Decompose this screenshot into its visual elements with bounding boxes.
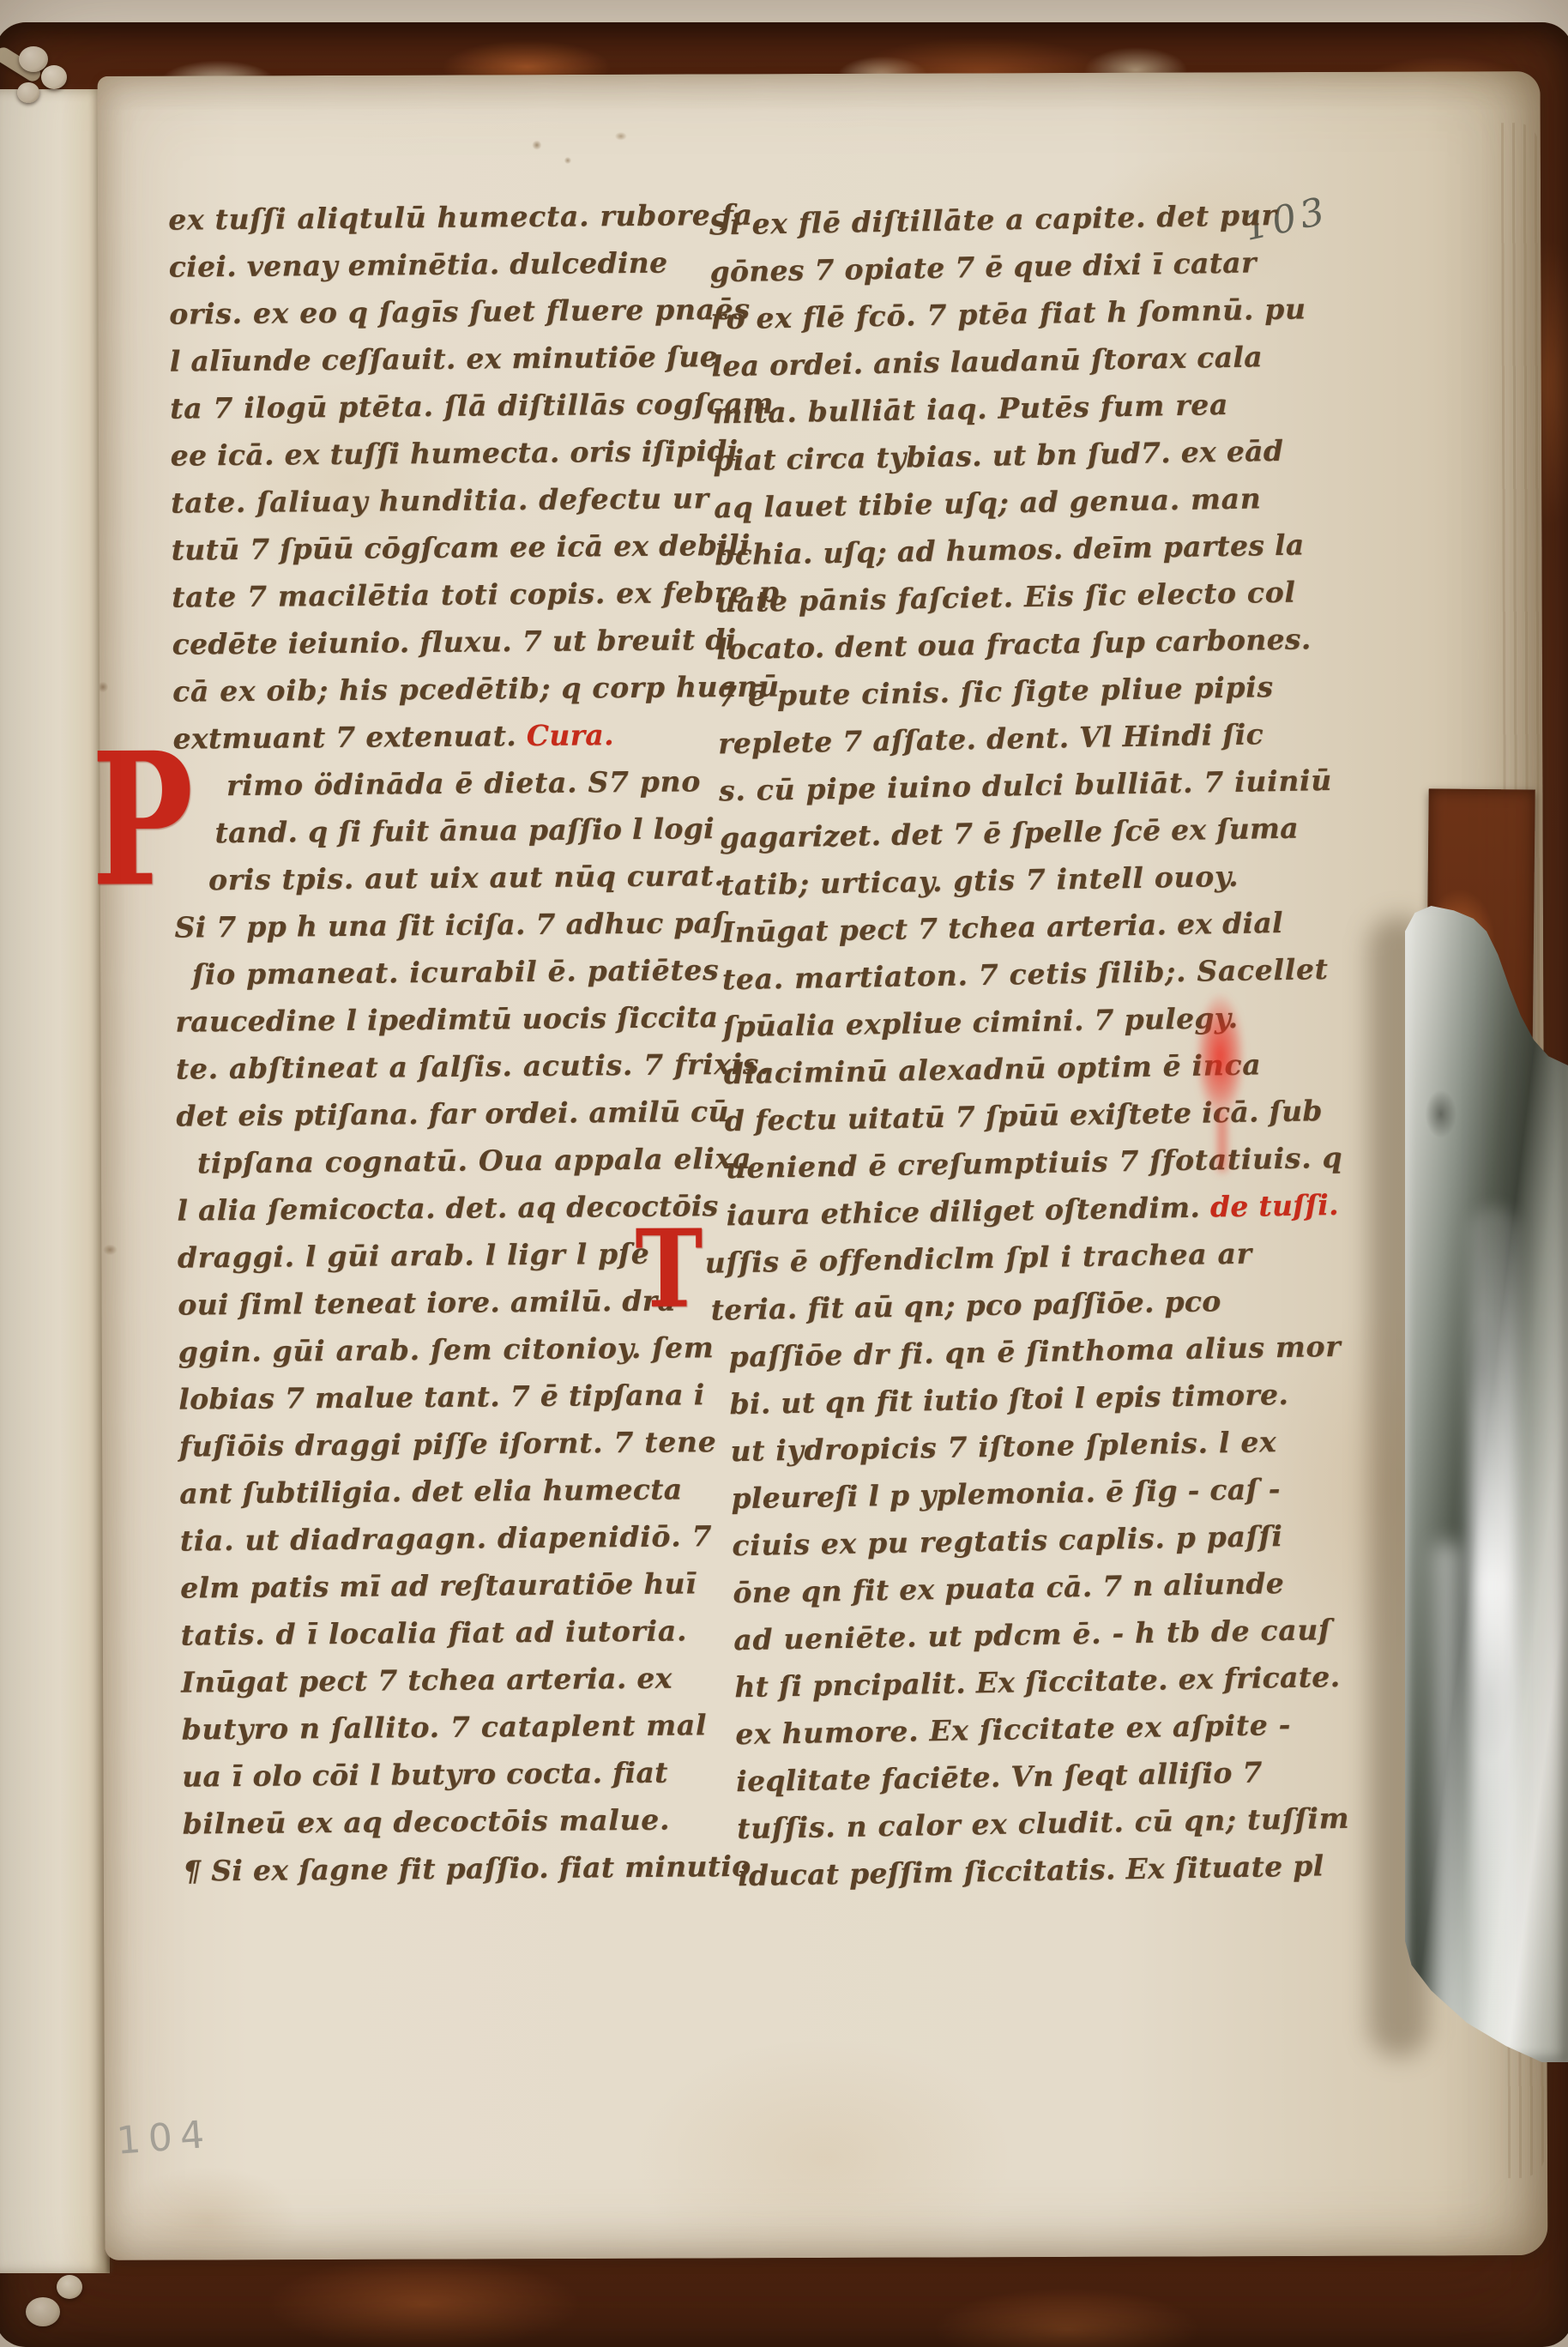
body-text: tand. q ſi fuit ānua paſſio l logi [214, 811, 715, 849]
manuscript-photo: 103 ex tuſſi aliqtulū humecta. rubore fa… [0, 0, 1568, 2347]
body-text: iaura ethice diliget oſtendim. [726, 1190, 1210, 1232]
body-text: Si ex flē diſtillāte a capite. det pur [709, 198, 1277, 242]
body-text: uate pānis faſciet. Eis ſic electo col [715, 576, 1296, 619]
body-text: ¶ Si ex ſagne fit paſſio. fiat minutio [183, 1849, 751, 1888]
body-text: ua ī olo cōi l butyro cocta. fiat [182, 1756, 668, 1794]
manuscript-text-line: tia. ut diadragagn. diapenidiō. 7 [179, 1511, 787, 1564]
manuscript-text-line: oris tpis. aut uix aut nūq curat. [208, 851, 782, 903]
body-text: ut iydropicis 7 iſtone ſplenis. l ex [730, 1425, 1277, 1468]
body-text: bchia. uſq; ad humos. deīm partes la [715, 528, 1305, 571]
body-text: l alīunde ceſſauit. ex minutiōe ſue [170, 340, 719, 378]
manuscript-text-line: tutū 7 ſpūū cōgſcam ee icā ex debili [171, 521, 779, 573]
manuscript-text-line: fuſiōis draggi piſſe iſornt. 7 tene [179, 1417, 787, 1469]
manuscript-text-line: tate 7 macilētia toti copis. ex febre p [172, 568, 780, 620]
body-text: Inūgat pect 7 tchea arteria. ex dial [721, 906, 1284, 949]
body-text: ex humore. Ex ſiccitate ex aſpite - [735, 1708, 1291, 1751]
body-text: ant ſubtiligia. det elia humecta [179, 1472, 682, 1510]
manuscript-text-line: oris. ex eo q ſagīs ſuet fluere pnaēs [169, 285, 777, 337]
body-text: te. abſtineat a ſalſis. acutis. 7 frixis… [176, 1047, 770, 1086]
body-text: Inūgat pect 7 tchea arteria. ex [181, 1662, 672, 1699]
left-text-column: ex tuſſi aliqtulū humecta. rubore faciei… [168, 190, 791, 1894]
manuscript-text-line: iducat peſſim ſiccitatis. Ex ſituate pl [738, 1842, 1355, 1900]
body-text: bi. ut qn fit iutio ſtoi l epis timore. [729, 1378, 1288, 1421]
rubricated-initial-T: T [635, 1215, 703, 1322]
body-text: ueniend ē creſumptiuis 7 ſfotatiuis. q [725, 1141, 1342, 1186]
manuscript-text-line: cā ex oib; his pcedētib; q corp huanū [172, 662, 781, 715]
manuscript-text-line: ex tuſſi aliqtulū humecta. rubore fa [168, 190, 776, 243]
clasp-glint [1470, 1206, 1518, 2047]
body-text: mita. bulliāt iaq. Putēs fum rea [712, 388, 1228, 430]
body-text: ggin. gūi arab. ſem citonioy. ſem [178, 1330, 715, 1368]
body-text: pleureſi l p yplemonia. ē ſig - caſ - [731, 1472, 1281, 1515]
body-text: gōnes 7 opiate 7 ē que dixi ī catar [709, 245, 1257, 288]
body-text: tatis. d ī localia fiat ad iutoria. [181, 1614, 688, 1651]
body-text: Si 7 pp h una ſit iciſa. 7 adhuc paſ [174, 906, 725, 944]
body-text: 7 ē pute cinis. ſic ſigte pliue pipis [717, 670, 1274, 713]
body-text: elm patis mī ad reſtauratiōe huī [180, 1566, 697, 1604]
body-text: ee icā. ex tuſſi humecta. oris iſipidi [171, 434, 739, 473]
body-text: ſio pmaneat. icurabil ē. patiētes [192, 953, 720, 991]
manuscript-text-line: tand. q ſi fuit ānua paſſio l logi [214, 804, 781, 856]
manuscript-text-line: te. abſtineat a ſalſis. acutis. 7 frixis… [176, 1040, 784, 1092]
body-text: tate 7 macilētia toti copis. ex febre p [172, 575, 780, 613]
body-text: piat circa tybias. ut bn ſud7. ex eād [713, 434, 1283, 478]
manuscript-text-line: ta 7 ilogū ptēta. ſlā diſtillās cogſcam [170, 379, 778, 431]
endband-bead [41, 65, 67, 89]
rubric-text: Cura. [527, 718, 614, 752]
body-text: ōne qn fit ex puata cā. 7 n aliunde [733, 1566, 1284, 1609]
rubric-text: de tuſſi. [1210, 1188, 1340, 1224]
body-text: ciuis ex pu regtatis caplis. p paſſi [732, 1519, 1283, 1562]
body-text: ta 7 ilogū ptēta. ſlā diſtillās cogſcam [170, 387, 774, 425]
body-text: paſſiōe dr fi. qn ē ſinthoma alius mor [728, 1330, 1341, 1373]
manuscript-text-line: elm patis mī ad reſtauratiōe huī [180, 1559, 788, 1611]
body-text: lea ordei. anis laudanū ſtorax cala [711, 340, 1263, 383]
body-text: locato. dent oua fracta ſup carbones. [716, 622, 1312, 666]
manuscript-text-line: lobias 7 malue tant. 7 ē tipſana i [178, 1370, 787, 1422]
body-text: ieqlitate faciēte. Vn ſeqt alliſio 7 [736, 1755, 1263, 1798]
manuscript-text-line: bilneū ex aq decoctōis malue. [182, 1795, 790, 1847]
clasp-glint [1434, 1542, 1460, 2056]
facing-page-fore-edge [0, 89, 110, 2273]
body-text: raucedine l ipedimtū uocis ſiccita [175, 1000, 718, 1039]
body-text: replete 7 aſſate. dent. Vl Hindi ſic [718, 717, 1263, 760]
body-text: uſſis ē offendiclm ſpl i trachea ar [704, 1237, 1252, 1280]
manuscript-text-line: tatis. d ī localia fiat ad iutoria. [180, 1606, 788, 1658]
body-text: tuſſis. n calor ex cludit. cū qn; tuſſim [737, 1801, 1350, 1845]
endband-bead [17, 82, 39, 103]
manuscript-text-line: det eis ptiſana. far ordei. amilū cū [176, 1087, 784, 1139]
body-text: diaciminū alexadnū optim ē inca [723, 1047, 1261, 1090]
endband-bead [19, 46, 48, 72]
body-text: gagarizet. det 7 ē ſpelle ſcē ex ſuma [720, 811, 1299, 855]
body-text: tutū 7 ſpūū cōgſcam ee icā ex debili [171, 528, 750, 567]
body-text: ro ex flē fcō. 7 ptēa fiat h ſomnū. pu [710, 292, 1306, 335]
body-text: tate. ſaliuay hunditia. defectu ur [171, 481, 709, 519]
body-text: s. cū pipe iuino dulci bulliāt. 7 iuiniū [719, 763, 1332, 807]
body-text: fuſiōis draggi piſſe iſornt. 7 tene [179, 1425, 717, 1463]
binding-rosette [26, 2297, 60, 2326]
body-text: teria. fit aū qn; pco paſſiōe. pco [710, 1284, 1221, 1326]
manuscript-text-line: ciei. venay eminētia. dulcedine [169, 238, 777, 290]
body-text: det eis ptiſana. far ordei. amilū cū [176, 1095, 729, 1133]
manuscript-text-line: rimo ödināda ē dieta. S7 pno [226, 757, 781, 809]
body-text: ſpūalia expliue cimini. 7 pulegy. [723, 1001, 1239, 1043]
body-text: butyro n ſallito. 7 cataplent mal [181, 1708, 707, 1746]
manuscript-text-line: tate. ſaliuay hunditia. defectu ur [171, 474, 779, 526]
body-text: ad ueniēte. ut pdcm ē. - h tb de cauſ [733, 1613, 1331, 1656]
body-text: oui ſiml teneat iore. amilū. dra [178, 1284, 676, 1322]
body-text: extmuant 7 extenuat. [172, 719, 527, 756]
body-text: iducat peſſim ſiccitatis. Ex ſituate pl [738, 1849, 1324, 1892]
manuscript-text-line: ee icā. ex tuſſi humecta. oris iſipidi [170, 426, 778, 479]
manuscript-text-line: butyro n ſallito. 7 cataplent mal [181, 1700, 789, 1753]
body-text: tea. martiaton. 7 cetis ſilib;. Sacellet [722, 952, 1329, 996]
manuscript-text-line: ſio pmaneat. icurabil ē. patiētes [192, 945, 783, 998]
body-text: oris. ex eo q ſagīs ſuet fluere pnaēs [169, 293, 751, 331]
manuscript-text-line: extmuant 7 extenuat. Cura. [172, 709, 781, 762]
body-text: bilneū ex aq decoctōis malue. [182, 1803, 670, 1841]
rubricated-initial-P: P [91, 730, 194, 914]
body-text: aq lauet tibie uſq; ad genua. man [714, 481, 1262, 524]
body-text: ciei. venay eminētia. dulcedine [169, 246, 668, 284]
body-text: tipſana cognatū. Oua appala elixa [197, 1142, 752, 1180]
body-text: ht ſi pncipalit. Ex ſiccitate. ex fricat… [734, 1660, 1341, 1704]
manuscript-text-line: raucedine l ipedimtū uocis ſiccita [175, 992, 783, 1045]
manuscript-text-line: ¶ Si ex ſagne fit paſſio. fiat minutio [183, 1842, 791, 1894]
right-text-column: Si ex flē diſtillāte a capite. det purgō… [709, 190, 1355, 1899]
body-text: ex tuſſi aliqtulū humecta. rubore fa [168, 198, 753, 237]
manuscript-text-line: Si 7 pp h una ſit iciſa. 7 adhuc paſ [174, 898, 782, 950]
manuscript-text-line: l alīunde ceſſauit. ex minutiōe ſue [169, 332, 777, 384]
body-text: rimo ödināda ē dieta. S7 pno [226, 764, 701, 802]
manuscript-text-line: tipſana cognatū. Oua appala elixa [197, 1134, 785, 1186]
metal-clasp-plate [1405, 906, 1568, 2062]
body-text: tatib; urticay. gtis 7 intell ouoy. [721, 860, 1239, 902]
pencil-foliation: 104 [115, 2113, 213, 2163]
body-text: cedēte ieiunio. fluxu. 7 ut breuit di [172, 623, 736, 661]
binding-rosette [57, 2275, 82, 2299]
body-text: tia. ut diadragagn. diapenidiō. 7 [180, 1519, 713, 1557]
body-text: draggi. l gūi arab. l ligr l pſe l [178, 1237, 672, 1275]
manuscript-text-line: cedēte ieiunio. fluxu. 7 ut breuit di [172, 615, 780, 667]
manuscript-page: 103 ex tuſſi aliqtulū humecta. rubore fa… [98, 71, 1548, 2260]
manuscript-text-line: Inūgat pect 7 tchea arteria. ex [181, 1653, 789, 1705]
body-text: oris tpis. aut uix aut nūq curat. [208, 859, 725, 896]
body-text: lobias 7 malue tant. 7 ē tipſana i [178, 1378, 705, 1415]
manuscript-text-line: ua ī olo cōi l butyro cocta. fiat [182, 1747, 790, 1800]
manuscript-text-line: ant ſubtiligia. det elia humecta [179, 1464, 787, 1517]
body-text: cā ex oib; his pcedētib; q corp huanū [172, 669, 780, 708]
